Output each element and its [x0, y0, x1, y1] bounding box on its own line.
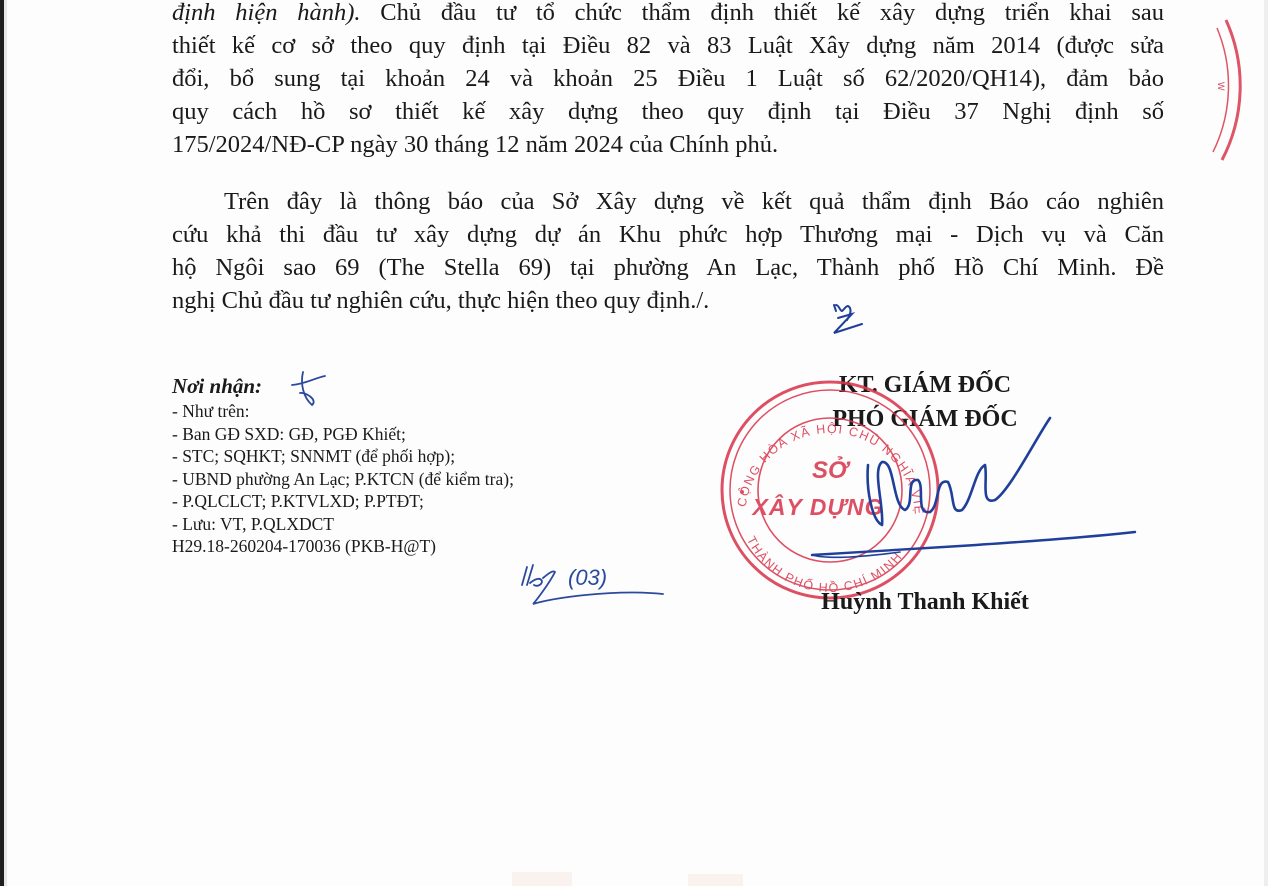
paragraph-line: quy cách hồ sơ thiết kế xây dựng theo qu… [172, 95, 1164, 128]
handwritten-note-text: (03) [568, 565, 607, 590]
paragraph-line: nghị Chủ đầu tư nghiên cứu, thực hiện th… [172, 284, 1164, 317]
recipients-title: Nơi nhận: [172, 372, 514, 400]
paragraph-line: cứu khả thi đầu tư xây dựng dự án Khu ph… [172, 218, 1164, 251]
signer-title-line-2: PHÓ GIÁM ĐỐC [760, 402, 1090, 436]
recipient-item: - Như trên: [172, 400, 514, 423]
body-paragraph-2: Trên đây là thông báo của Sở Xây dựng về… [172, 185, 1164, 317]
stamp-center-line-2: XÂY DỰNG [751, 493, 884, 520]
recipient-item: - UBND phường An Lạc; P.KTCN (để kiểm tr… [172, 468, 514, 491]
document-reference-code: H29.18-260204-170036 (PKB-H@T) [172, 535, 514, 558]
recipient-item: - P.QLCLCT; P.KTVLXD; P.PTĐT; [172, 490, 514, 513]
partial-stamp-edge: W [1213, 20, 1240, 160]
window-right-border [1264, 0, 1268, 886]
stamp-center-line-1: SỞ [812, 456, 851, 484]
recipient-item: - Lưu: VT, P.QLXDCT [172, 513, 514, 536]
recipient-item: - STC; SQHKT; SNNMT (để phối hợp); [172, 445, 514, 468]
recipients-list: Nơi nhận: - Như trên: - Ban GĐ SXD: GĐ, … [172, 372, 514, 558]
recipient-item: - Ban GĐ SXD: GĐ, PGĐ Khiết; [172, 423, 514, 446]
signer-name: Huỳnh Thanh Khiết [760, 585, 1090, 619]
handwritten-note: (03) [522, 565, 663, 604]
signer-title-line-1: KT. GIÁM ĐỐC [760, 368, 1090, 402]
svg-text:W: W [1216, 82, 1226, 91]
paragraph-line: hộ Ngôi sao 69 (The Stella 69) tại phườn… [172, 251, 1164, 284]
signer-title-block: KT. GIÁM ĐỐC PHÓ GIÁM ĐỐC [760, 368, 1090, 436]
faint-bleed-through [512, 872, 743, 886]
paragraph-line: 175/2024/NĐ-CP ngày 30 tháng 12 năm 2024… [172, 128, 1164, 161]
director-signature [812, 418, 1135, 557]
paragraph-line: thiết kế cơ sở theo quy định tại Điều 82… [172, 29, 1164, 62]
paragraph-line: đổi, bổ sung tại khoản 24 và khoản 25 Đi… [172, 62, 1164, 95]
paragraph-line: định hiện hành). Chủ đầu tư tổ chức thẩm… [172, 0, 1164, 29]
window-left-border-shadow [4, 0, 7, 886]
body-paragraph-1: định hiện hành). Chủ đầu tư tổ chức thẩm… [172, 0, 1164, 161]
paragraph-line: Trên đây là thông báo của Sở Xây dựng về… [172, 185, 1164, 218]
